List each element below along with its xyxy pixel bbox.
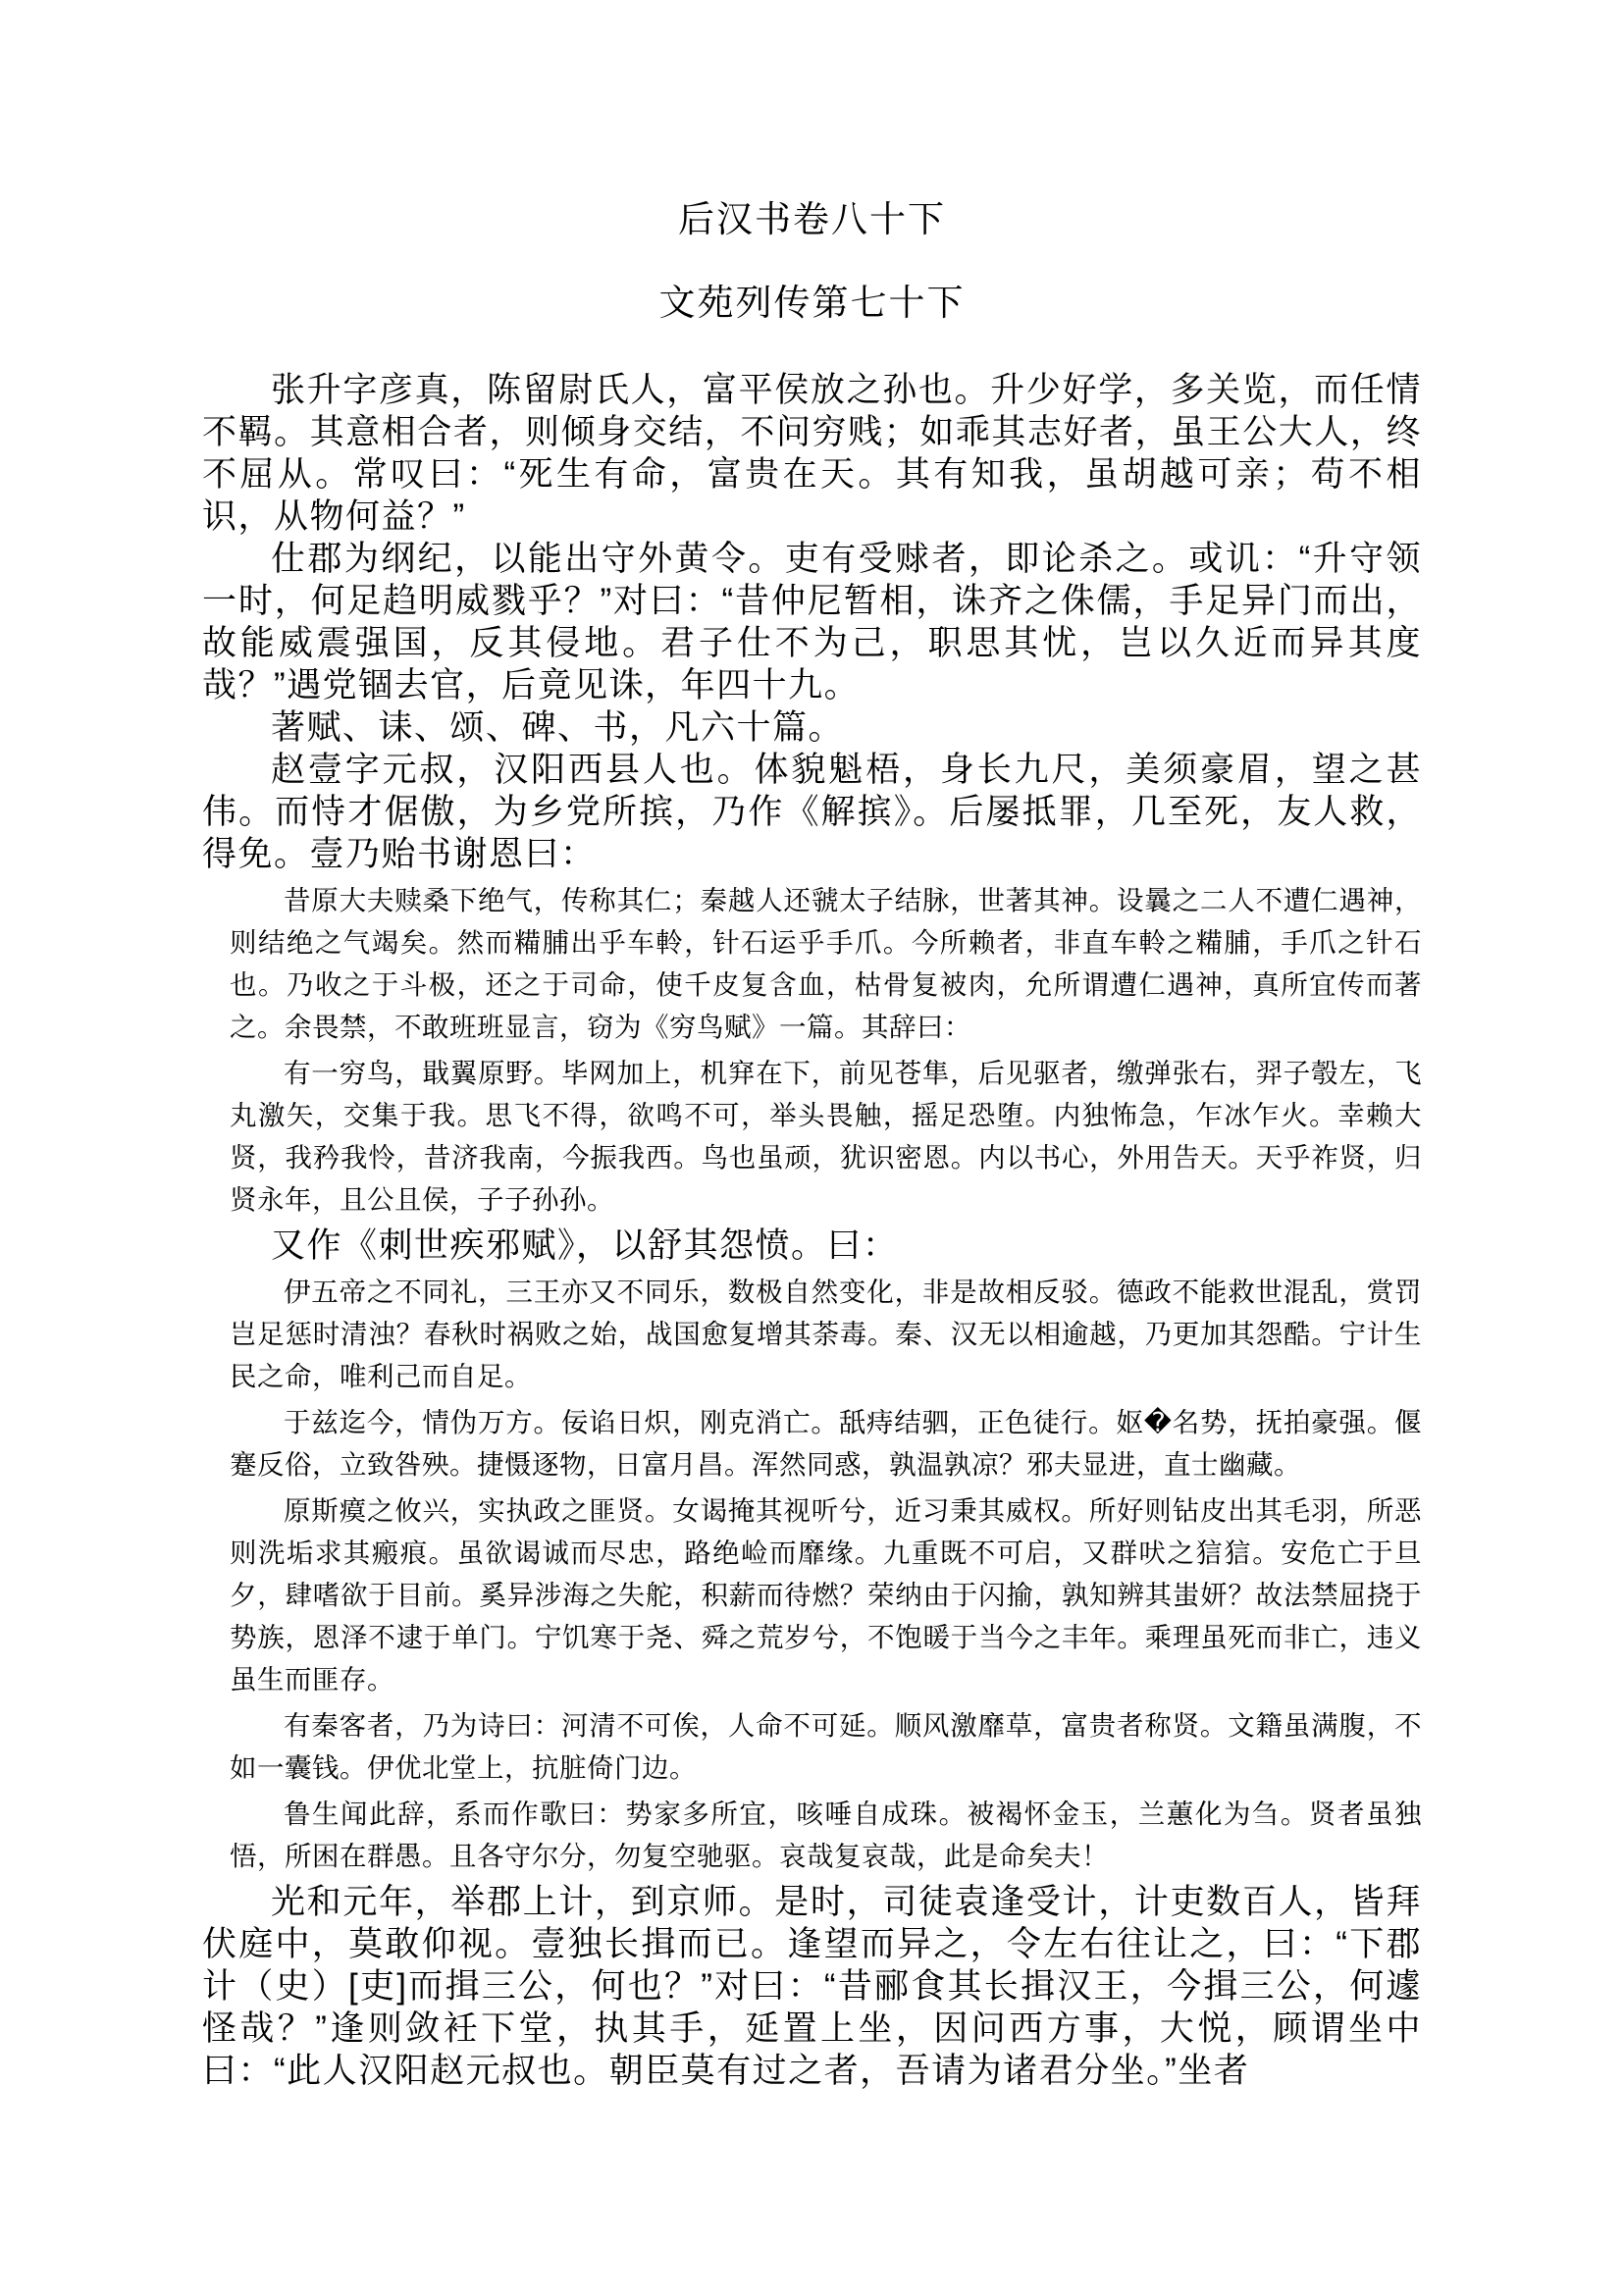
- paragraph-zhaoyi-intro: 赵壹字元叔，汉阳西县人也。体貌魁梧，身长九尺，美须豪眉，望之甚伟。而恃才倨傲，为…: [202, 749, 1422, 875]
- chapter-title: 后汉书卷八十下: [202, 198, 1422, 241]
- section-title: 文苑列传第七十下: [202, 282, 1422, 325]
- paragraph-guanghe-audience: 光和元年，举郡上计，到京师。是时，司徒袁逢受计，计吏数百人，皆拜伏庭中，莫敢仰视…: [202, 1881, 1422, 2092]
- paragraph-zhangsheng-works: 著赋、诔、颂、碑、书，凡六十篇。: [202, 706, 1422, 749]
- quote-qiongniao-fu: 有一穷鸟，戢翼原野。毕网加上，机穽在下，前见苍隼，后见驱者，缴弹张右，羿子彀左，…: [230, 1052, 1422, 1221]
- document-page: 后汉书卷八十下 文苑列传第七十下 张升字彦真，陈留尉氏人，富平侯放之孙也。升少好…: [0, 0, 1624, 2294]
- quote-lusheng-song: 鲁生闻此辞，系而作歌曰：势家多所宜，咳唾自成珠。被褐怀金玉，兰蕙化为刍。贤者虽独…: [230, 1793, 1422, 1877]
- quote-letter-of-thanks: 昔原大夫赎桑下绝气，传称其仁；秦越人还虢太子结脉，世著其神。设曩之二人不遭仁遇神…: [230, 879, 1422, 1048]
- paragraph-zhangsheng-intro: 张升字彦真，陈留尉氏人，富平侯放之孙也。升少好学，多关览，而任情不羁。其意相合者…: [202, 369, 1422, 538]
- quote-cishi-fu-part3: 原斯瘼之攸兴，实执政之匪贤。女谒掩其视听兮，近习秉其威权。所好则钻皮出其毛羽，所…: [230, 1489, 1422, 1700]
- paragraph-zhangsheng-career: 仕郡为纲纪，以能出守外黄令。吏有受赇者，即论杀之。或讥：“升守领一时，何足趋明威…: [202, 538, 1422, 706]
- quote-cishi-fu-part2: 于兹迄今，情伪万方。佞谄日炽，刚克消亡。舐痔结驷，正色徒行。妪�名势，抚拍豪强。…: [230, 1401, 1422, 1486]
- quote-cishi-fu-part1: 伊五帝之不同礼，三王亦又不同乐，数极自然变化，非是故相反驳。德政不能救世混乱，赏…: [230, 1271, 1422, 1397]
- paragraph-cishijixie-intro: 又作《刺世疾邪赋》，以舒其怨愤。曰：: [202, 1225, 1422, 1267]
- quote-qinke-poem: 有秦客者，乃为诗曰：河清不可俟，人命不可延。顺风激靡草，富贵者称贤。文籍虽满腹，…: [230, 1704, 1422, 1789]
